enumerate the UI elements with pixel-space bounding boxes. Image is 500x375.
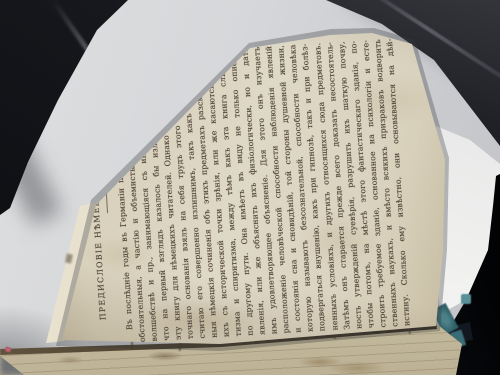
cover-highlight-streak — [51, 0, 131, 109]
page-text: Въ послѣдніе годы въ Германіи появились … — [107, 38, 413, 343]
worn-teal-cloth-patch — [461, 294, 471, 304]
page-content: ПРЕДИСЛОВІЕ НѢМЕЦКАГО ПЕРЕВОДЧИКА. Въ по… — [83, 37, 430, 345]
photo-scene: ПРЕДИСЛОВІЕ НѢМЕЦКАГО ПЕРЕВОДЧИКА. Въ по… — [0, 0, 500, 375]
